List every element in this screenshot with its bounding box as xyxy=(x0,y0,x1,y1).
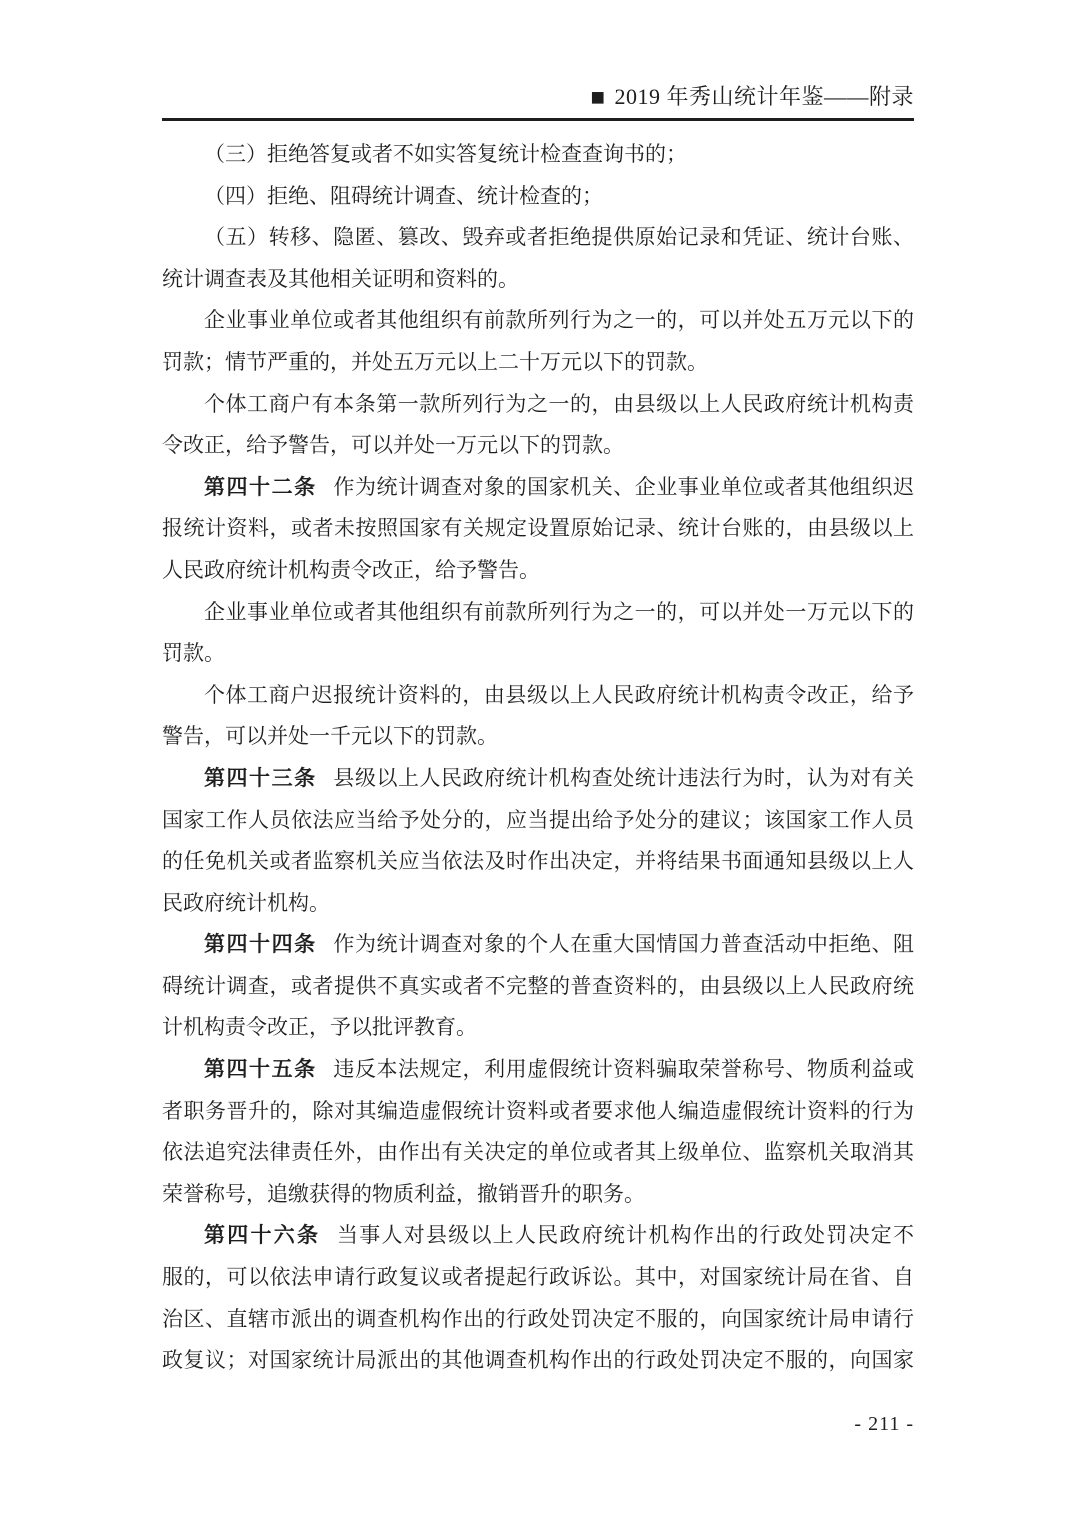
text-line: 国家工作人员依法应当给予处分的，应当提出给予处分的建议；该国家工作人员 xyxy=(162,800,914,842)
article-number-label: 第四十二条 xyxy=(204,476,317,499)
text-line: 人民政府统计机构责令改正，给予警告。 xyxy=(162,550,914,592)
text-line: 政复议；对国家统计局派出的其他调查机构作出的行政处罚决定不服的，向国家 xyxy=(162,1340,914,1382)
text-line: 碍统计调查，或者提供不真实或者不完整的普查资料的，由县级以上人民政府统 xyxy=(162,966,914,1008)
article-number-label: 第四十四条 xyxy=(204,933,317,956)
yearbook-page: ■ 2019 年秀山统计年鉴——附录 （三）拒绝答复或者不如实答复统计检查查询书… xyxy=(0,0,1074,1520)
article-number-label: 第四十六条 xyxy=(204,1224,320,1247)
article-number-label: 第四十三条 xyxy=(204,767,317,790)
text-line: 罚款。 xyxy=(162,633,914,675)
article-number-label: 第四十五条 xyxy=(204,1058,317,1081)
page-header: ■ 2019 年秀山统计年鉴——附录 xyxy=(162,82,914,112)
page-number: - 211 - xyxy=(854,1413,914,1435)
header-square-icon: ■ xyxy=(590,83,605,113)
text-line: 报统计资料，或者未按照国家有关规定设置原始记录、统计台账的，由县级以上 xyxy=(162,508,914,550)
text-line: 企业事业单位或者其他组织有前款所列行为之一的，可以并处五万元以下的 xyxy=(162,300,914,342)
document-body: （三）拒绝答复或者不如实答复统计检查查询书的；（四）拒绝、阻碍统计调查、统计检查… xyxy=(162,134,914,1382)
text-line: 计机构责令改正，予以批评教育。 xyxy=(162,1007,914,1049)
text-line: 统计调查表及其他相关证明和资料的。 xyxy=(162,259,914,301)
page-footer: - 211 - xyxy=(162,1413,914,1436)
text-line: 服的，可以依法申请行政复议或者提起行政诉讼。其中，对国家统计局在省、自 xyxy=(162,1257,914,1299)
text-line: 第四十三条县级以上人民政府统计机构查处统计违法行为时，认为对有关 xyxy=(162,758,914,800)
header-title: 2019 年秀山统计年鉴——附录 xyxy=(614,82,914,112)
text-line: 第四十六条当事人对县级以上人民政府统计机构作出的行政处罚决定不 xyxy=(162,1215,914,1257)
text-line: 第四十二条作为统计调查对象的国家机关、企业事业单位或者其他组织迟 xyxy=(162,467,914,509)
text-line: 令改正，给予警告，可以并处一万元以下的罚款。 xyxy=(162,425,914,467)
page-content-column: ■ 2019 年秀山统计年鉴——附录 （三）拒绝答复或者不如实答复统计检查查询书… xyxy=(162,0,914,1520)
text-line: （三）拒绝答复或者不如实答复统计检查查询书的； xyxy=(162,134,914,176)
header-rule xyxy=(162,118,914,121)
text-line: 的任免机关或者监察机关应当依法及时作出决定，并将结果书面通知县级以上人 xyxy=(162,841,914,883)
text-line: 治区、直辖市派出的调查机构作出的行政处罚决定不服的，向国家统计局申请行 xyxy=(162,1299,914,1341)
text-line: 第四十四条作为统计调查对象的个人在重大国情国力普查活动中拒绝、阻 xyxy=(162,924,914,966)
text-line: 依法追究法律责任外，由作出有关决定的单位或者其上级单位、监察机关取消其 xyxy=(162,1132,914,1174)
text-line: 第四十五条违反本法规定，利用虚假统计资料骗取荣誉称号、物质利益或 xyxy=(162,1049,914,1091)
text-line: 企业事业单位或者其他组织有前款所列行为之一的，可以并处一万元以下的 xyxy=(162,592,914,634)
text-line: 个体工商户迟报统计资料的，由县级以上人民政府统计机构责令改正，给予 xyxy=(162,675,914,717)
text-line: 警告，可以并处一千元以下的罚款。 xyxy=(162,716,914,758)
text-line: 民政府统计机构。 xyxy=(162,883,914,925)
text-line: （四）拒绝、阻碍统计调查、统计检查的； xyxy=(162,176,914,218)
text-line: 者职务晋升的，除对其编造虚假统计资料或者要求他人编造虚假统计资料的行为 xyxy=(162,1091,914,1133)
text-line: 罚款；情节严重的，并处五万元以上二十万元以下的罚款。 xyxy=(162,342,914,384)
text-line: 个体工商户有本条第一款所列行为之一的，由县级以上人民政府统计机构责 xyxy=(162,384,914,426)
text-line: （五）转移、隐匿、篡改、毁弃或者拒绝提供原始记录和凭证、统计台账、 xyxy=(162,217,914,259)
text-line: 荣誉称号，追缴获得的物质利益，撤销晋升的职务。 xyxy=(162,1174,914,1216)
